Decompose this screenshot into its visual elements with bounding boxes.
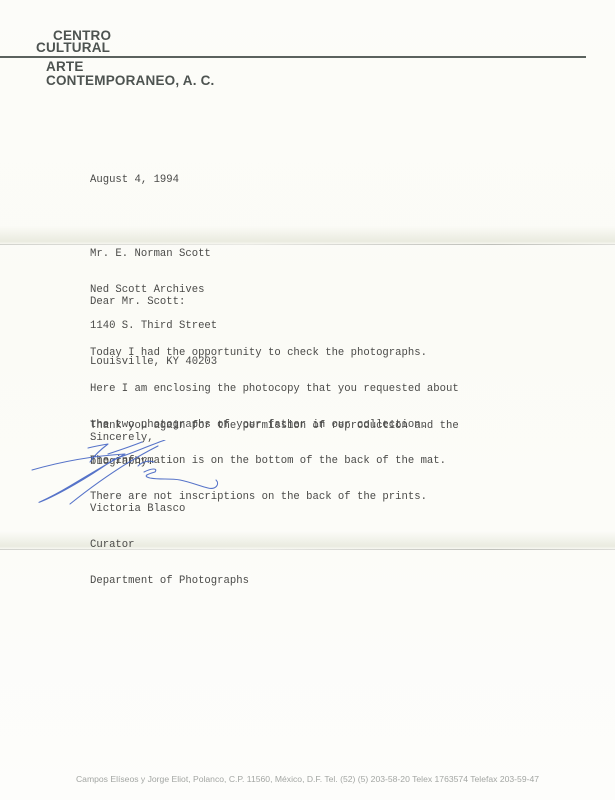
letterhead-rule xyxy=(0,56,586,58)
salutation: Dear Mr. Scott: xyxy=(90,296,185,308)
recipient-name: Mr. E. Norman Scott xyxy=(90,248,217,260)
letter-page: CENTRO CULTURAL ARTE CONTEMPORANEO, A. C… xyxy=(0,0,615,800)
recipient-organization: Ned Scott Archives xyxy=(90,284,217,296)
letterhead-line-arte: ARTE xyxy=(46,60,84,74)
signatory-name: Victoria Blasco xyxy=(90,503,249,515)
letterhead-line-cultural: CULTURAL xyxy=(36,41,110,55)
letterhead-line-contemporaneo: CONTEMPORANEO, A. C. xyxy=(46,74,215,88)
signatory-department: Department of Photographs xyxy=(90,575,249,587)
paragraph-line: Here I am enclosing the photocopy that y… xyxy=(90,383,459,395)
letterhead-footer-address: Campos Elíseos y Jorge Eliot, Polanco, C… xyxy=(0,774,615,784)
signature-block: Victoria Blasco Curator Department of Ph… xyxy=(90,479,249,611)
paragraph-line: Thank you again for the permission of re… xyxy=(90,420,459,432)
signatory-title: Curator xyxy=(90,539,249,551)
paragraph-line: Today I had the opportunity to check the… xyxy=(90,347,459,359)
letter-date: August 4, 1994 xyxy=(90,174,179,186)
